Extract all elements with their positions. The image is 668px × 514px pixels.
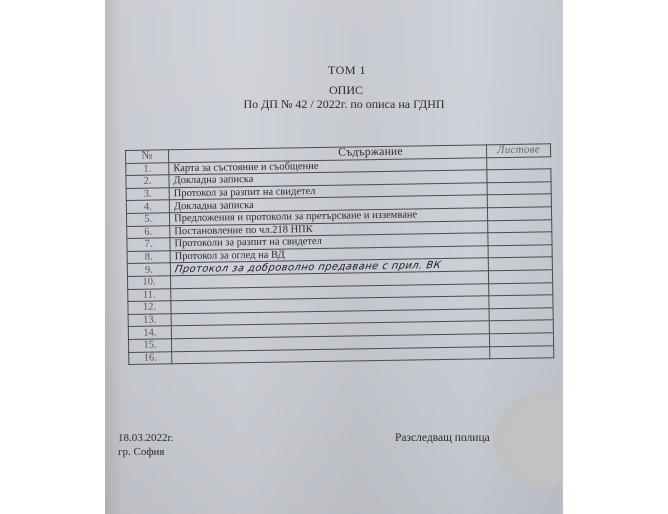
- document-title: ОПИС: [105, 83, 563, 98]
- signature-label: Разследващ полица: [395, 432, 490, 444]
- row-number: 5.: [126, 213, 169, 226]
- row-number: 14.: [128, 326, 171, 339]
- header-sheets: Листове: [486, 144, 550, 158]
- row-sheets: [488, 257, 552, 271]
- row-number: 7.: [127, 238, 170, 251]
- row-sheets: [487, 169, 551, 183]
- inventory-table: № Съдържание Листове 1.Карта за състояни…: [125, 143, 554, 365]
- document-city: гр. София: [118, 446, 164, 458]
- inventory-page: ТОМ 1 ОПИС По ДП № 42 / 2022г. по описа …: [105, 0, 563, 514]
- row-number: 12.: [128, 301, 171, 314]
- row-sheets: [490, 345, 554, 359]
- row-sheets: [487, 194, 551, 208]
- row-sheets: [488, 232, 552, 246]
- document-subtitle: По ДП № 42 / 2022г. по описа на ГДНП: [105, 97, 563, 112]
- row-sheets: [487, 182, 551, 196]
- row-sheets: [488, 270, 552, 284]
- redaction-blur: [493, 393, 563, 488]
- row-number: 6.: [127, 225, 170, 238]
- row-number: 3.: [126, 188, 169, 201]
- row-sheets: [488, 245, 552, 259]
- volume-heading: ТОМ 1: [105, 63, 563, 78]
- row-sheets: [489, 320, 553, 334]
- row-sheets: [489, 308, 553, 322]
- row-number: 9.: [127, 263, 170, 276]
- row-number: 1.: [126, 162, 169, 175]
- row-sheets: [489, 295, 553, 309]
- row-number: 13.: [128, 314, 171, 327]
- document-date: 18.03.2022г.: [118, 432, 174, 444]
- row-sheets: [488, 219, 552, 233]
- row-number: 15.: [128, 339, 171, 352]
- row-sheets: [489, 282, 553, 296]
- row-number: 16.: [129, 351, 172, 364]
- row-number: 10.: [127, 276, 170, 289]
- row-number: 11.: [128, 288, 171, 301]
- header-number: №: [126, 150, 169, 163]
- row-number: 8.: [127, 251, 170, 264]
- row-sheets: [487, 207, 551, 221]
- row-number: 4.: [126, 200, 169, 213]
- row-number: 2.: [126, 175, 169, 188]
- row-sheets: [489, 333, 553, 347]
- document-photo: ТОМ 1 ОПИС По ДП № 42 / 2022г. по описа …: [105, 0, 563, 514]
